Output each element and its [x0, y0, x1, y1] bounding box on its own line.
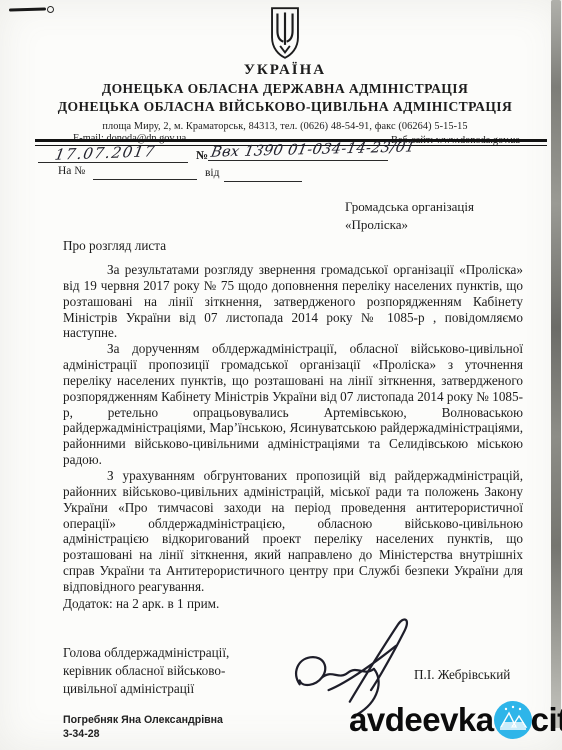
scanned-letter-page: УКРАЇНА ДОНЕЦЬКА ОБЛАСНА ДЕРЖАВНА АДМІНІ…: [0, 0, 562, 750]
org-address: площа Миру, 2, м. Краматорськ, 84313, те…: [25, 121, 545, 132]
reply-date-blank: [224, 180, 302, 182]
date-underline: [38, 161, 188, 163]
watermark-text-left: avdeevka: [349, 701, 494, 739]
reply-to-label: На №: [58, 165, 85, 177]
signer-position: Голова облдержадміністрації, керівник об…: [63, 644, 229, 698]
ukraine-trident-icon: [267, 6, 303, 60]
signer-position-line1: Голова облдержадміністрації,: [63, 644, 229, 662]
letter-body: За результатами розгляду звернення грома…: [63, 262, 523, 595]
watermark-logo: avdeevka city: [349, 700, 562, 740]
signer-position-line3: цивільної адміністрації: [63, 680, 229, 698]
reply-from-label: від: [205, 167, 219, 179]
attachment-note: Додаток: на 2 арк. в 1 прим.: [63, 596, 219, 612]
recipient-line2: «Проліска»: [345, 216, 474, 234]
body-paragraph: За дорученням облдержадміністрації, обла…: [63, 341, 523, 468]
recipient-block: Громадська організація «Проліска»: [345, 198, 474, 233]
executor-name: Погребняк Яна Олександрівна: [63, 714, 223, 728]
signer-position-line2: керівник обласної військово-: [63, 662, 229, 680]
scan-edge-shadow: [551, 0, 561, 728]
executor-block: Погребняк Яна Олександрівна 3-34-28: [63, 714, 223, 741]
letter-subject: Про розгляд листа: [63, 238, 166, 254]
number-underline: [208, 159, 388, 161]
signer-name: П.І. Жебрівський: [414, 667, 510, 683]
org-name-line2: ДОНЕЦЬКА ОБЛАСНА ВІЙСЬКОВО-ЦИВІЛЬНА АДМІ…: [25, 99, 545, 115]
reply-number-blank: [93, 178, 197, 180]
body-paragraph: За результатами розгляду звернення грома…: [63, 262, 523, 341]
executor-phone: 3-34-28: [63, 728, 223, 742]
watermark-text-right: city: [531, 701, 562, 739]
number-sign-label: №: [196, 148, 208, 163]
body-paragraph: З урахуванням обгрунтованих пропозицій в…: [63, 468, 523, 595]
country-name: УКРАЇНА: [25, 62, 545, 79]
letterhead: УКРАЇНА ДОНЕЦЬКА ОБЛАСНА ДЕРЖАВНА АДМІНІ…: [25, 6, 545, 147]
recipient-line1: Громадська організація: [345, 198, 474, 216]
avdeevka-city-logo-icon: [493, 700, 533, 740]
org-name-line1: ДОНЕЦЬКА ОБЛАСНА ДЕРЖАВНА АДМІНІСТРАЦІЯ: [25, 81, 545, 97]
